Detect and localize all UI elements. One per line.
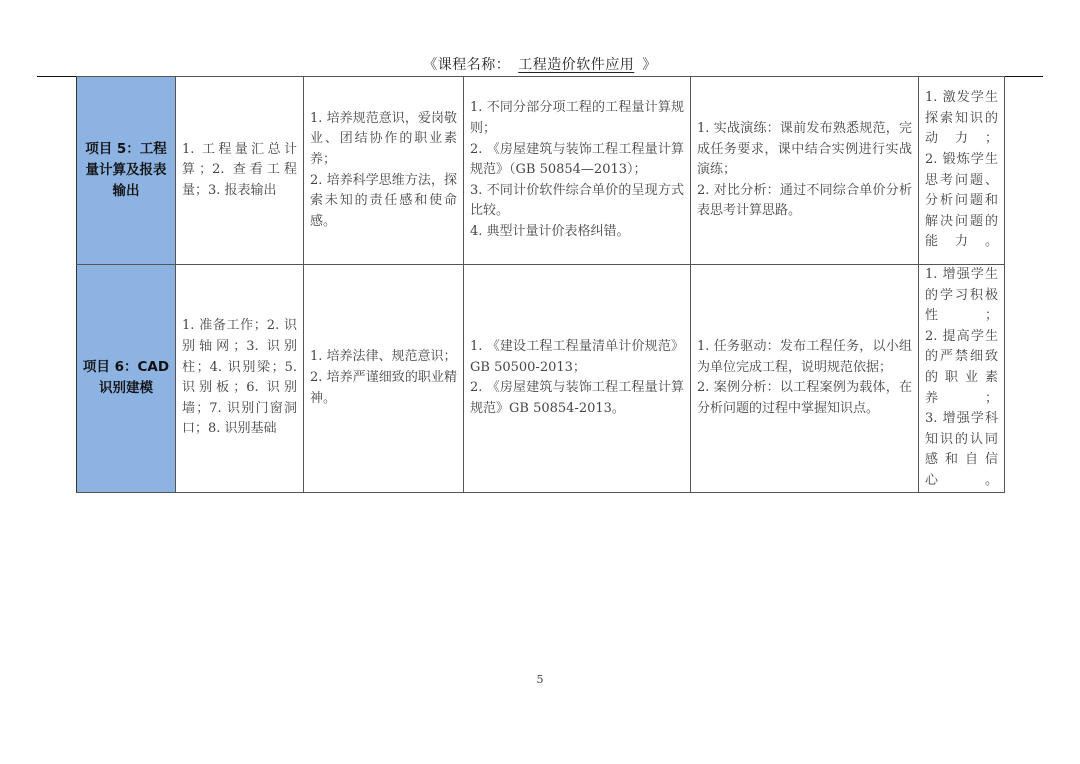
methods-cell: 1. 任务驱动：发布工程任务，以小组为单位完成工程，说明规范依据； 2. 案例分…	[691, 265, 919, 493]
content-cell: 1. 准备工作；2. 识别轴网；3. 识别柱；4. 识别梁；5. 识别板；6. …	[176, 265, 304, 493]
knowledge-cell: 1. 不同分部分项工程的工程量计算规则； 2. 《房屋建筑与装饰工程工程量计算规…	[464, 77, 691, 265]
effect-item: 1. 增强学生的学习积极性；	[925, 265, 998, 327]
header-suffix: 》	[642, 57, 657, 73]
knowledge-item: 2. 《房屋建筑与装饰工程工程量计算规范》（GB 50854—2013）；	[470, 140, 684, 181]
method-item: 1. 实战演练：课前发布熟悉规范，完成任务要求，课中结合实例进行实战演练；	[697, 119, 912, 181]
effect-item: 1. 激发学生探索知识的动力；	[925, 88, 998, 150]
header-prefix: 《课程名称：	[423, 57, 510, 73]
page-header: 《课程名称：工程造价软件应用》	[0, 54, 1080, 74]
effect-item: 3. 增强学科知识的认同感和自信心。	[925, 409, 998, 491]
page-number: 5	[0, 673, 1080, 686]
table-row-project-6: 项目 6：CAD 识别建模 1. 准备工作；2. 识别轴网；3. 识别柱；4. …	[77, 265, 1005, 493]
knowledge-item: 1. 《建设工程工程量清单计价规范》GB 50500-2013；	[470, 337, 684, 378]
knowledge-item: 3. 不同计价软件综合单价的呈现方式比较。	[470, 181, 684, 222]
knowledge-item: 4. 典型计量计价表格纠错。	[470, 222, 684, 243]
project-title-cell: 项目 5：工程量计算及报表输出	[77, 77, 176, 265]
syllabus-table: 项目 5：工程量计算及报表输出 1. 工程量汇总计算；2. 查看工程量；3. 报…	[76, 76, 1005, 493]
effect-item: 2. 锻炼学生思考问题、分析问题和解决问题的能力。	[925, 150, 998, 253]
ideology-item: 1. 培养规范意识，爱岗敬业、团结协作的职业素养；	[310, 109, 457, 171]
ideology-cell: 1. 培养规范意识，爱岗敬业、团结协作的职业素养； 2. 培养科学思维方法，探索…	[304, 77, 464, 265]
knowledge-item: 1. 不同分部分项工程的工程量计算规则；	[470, 98, 684, 139]
knowledge-cell: 1. 《建设工程工程量清单计价规范》GB 50500-2013； 2. 《房屋建…	[464, 265, 691, 493]
method-item: 2. 案例分析：以工程案例为载体，在分析问题的过程中掌握知识点。	[697, 378, 912, 419]
methods-cell: 1. 实战演练：课前发布熟悉规范，完成任务要求，课中结合实例进行实战演练； 2.…	[691, 77, 919, 265]
project-title-cell: 项目 6：CAD 识别建模	[77, 265, 176, 493]
ideology-item: 1. 培养法律、规范意识；	[310, 347, 457, 368]
course-name: 工程造价软件应用	[510, 57, 642, 73]
table-row-project-5: 项目 5：工程量计算及报表输出 1. 工程量汇总计算；2. 查看工程量；3. 报…	[77, 77, 1005, 265]
ideology-item: 2. 培养科学思维方法，探索未知的责任感和使命感。	[310, 171, 457, 233]
effect-item: 2. 提高学生的严禁细致的职业素养；	[925, 327, 998, 409]
ideology-item: 2. 培养严谨细致的职业精神。	[310, 368, 457, 409]
ideology-cell: 1. 培养法律、规范意识； 2. 培养严谨细致的职业精神。	[304, 265, 464, 493]
method-item: 2. 对比分析：通过不同综合单价分析表思考计算思路。	[697, 181, 912, 222]
content-cell: 1. 工程量汇总计算；2. 查看工程量；3. 报表输出	[176, 77, 304, 265]
effects-cell: 1. 激发学生探索知识的动力； 2. 锻炼学生思考问题、分析问题和解决问题的能力…	[919, 77, 1005, 265]
method-item: 1. 任务驱动：发布工程任务，以小组为单位完成工程，说明规范依据；	[697, 337, 912, 378]
effects-cell: 1. 增强学生的学习积极性； 2. 提高学生的严禁细致的职业素养； 3. 增强学…	[919, 265, 1005, 493]
knowledge-item: 2. 《房屋建筑与装饰工程工程量计算规范》GB 50854-2013。	[470, 378, 684, 419]
